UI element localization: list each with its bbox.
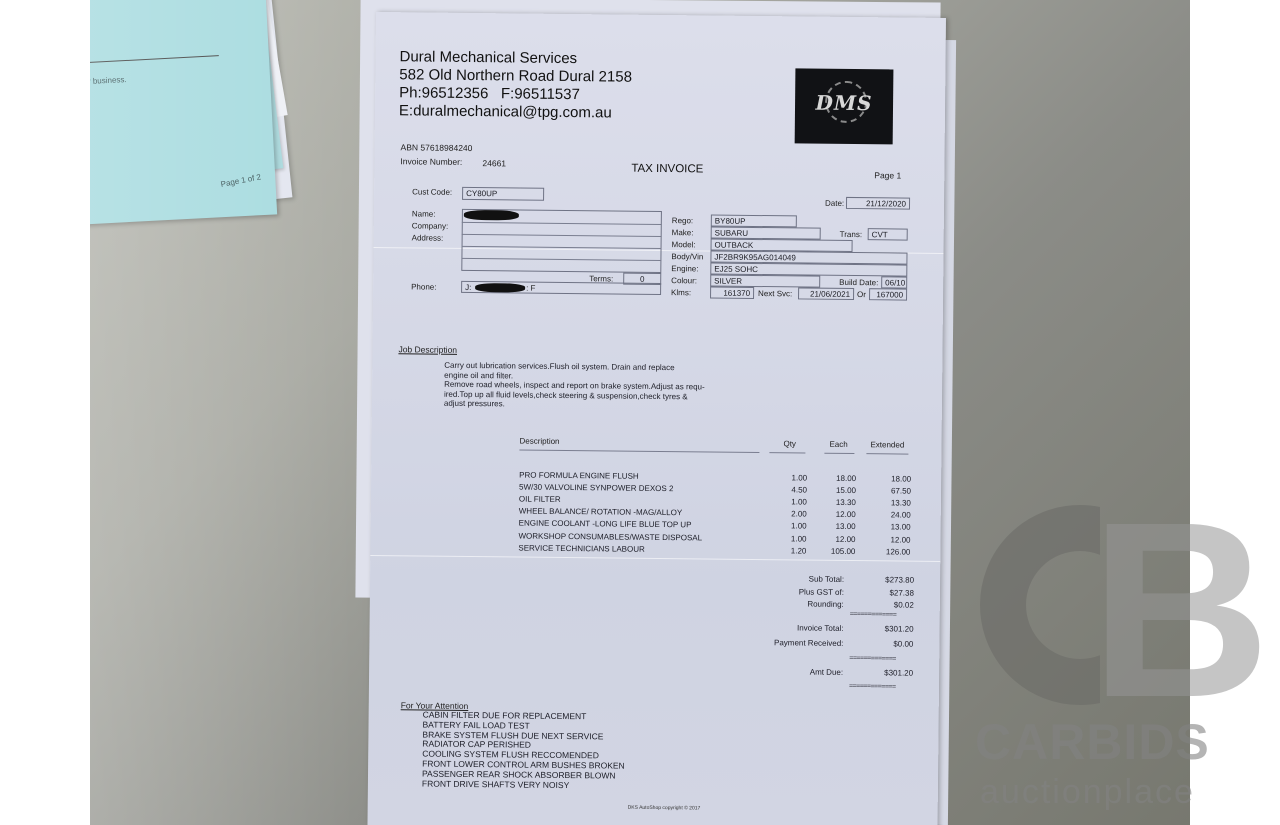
company-logo: DMS — [795, 68, 894, 144]
make-value: SUBARU — [711, 227, 821, 240]
separator: ============= — [850, 611, 897, 618]
item-each: 12.00 — [811, 510, 856, 519]
item-each: 15.00 — [811, 486, 856, 495]
item-each: 13.30 — [811, 498, 856, 507]
col-header-each: Each — [829, 440, 847, 449]
trans-label: Trans: — [840, 230, 862, 239]
date-label: Date: — [825, 199, 844, 208]
cust-code: CY80UP — [462, 187, 544, 201]
payment-received-label: Payment Received: — [737, 638, 843, 648]
item-qty: 1.00 — [760, 534, 806, 543]
job-description-text: Carry out lubrication services.Flush oil… — [444, 361, 705, 411]
separator: ============= — [849, 683, 896, 690]
phone-prefix: J: — [465, 283, 471, 292]
invoice-total-value: $301.20 — [858, 624, 914, 634]
page-number: Page 1 — [874, 170, 901, 180]
next-svc-date: 21/06/2021 — [798, 287, 854, 300]
redacted-phone — [475, 283, 525, 293]
logo-text: DMS — [795, 90, 893, 115]
gst-label: Plus GST of: — [758, 587, 844, 597]
build-date-label: Build Date: — [839, 278, 878, 287]
sub-total-label: Sub Total: — [758, 574, 844, 584]
item-description: SERVICE TECHNICIANS LABOUR — [518, 543, 758, 555]
item-description: WHEEL BALANCE/ ROTATION -MAG/ALLOY — [519, 507, 759, 519]
amt-due-label: Amt Due: — [757, 667, 843, 677]
item-qty: 1.00 — [761, 497, 807, 506]
item-each: 12.00 — [810, 534, 855, 543]
company-phone-fax: Ph:96512356 F:96511537 — [399, 84, 632, 104]
company-email: E:duralmechanical@tpg.com.au — [399, 102, 632, 122]
item-extended: 13.00 — [861, 522, 911, 532]
rego-value: BY80UP — [711, 215, 797, 228]
next-svc-klms: 167000 — [869, 288, 907, 300]
item-each: 13.00 — [811, 522, 856, 531]
item-qty: 1.20 — [760, 546, 806, 555]
engine-label: Engine: — [671, 264, 698, 273]
gst-value: $27.38 — [858, 588, 914, 598]
company-label: Company: — [412, 221, 449, 230]
or-label: Or — [857, 290, 866, 299]
vin-label: Body/Vin — [671, 252, 703, 261]
rounding-value: $0.02 — [858, 600, 914, 610]
klms-value: 161370 — [710, 287, 754, 299]
col-header-description: Description — [519, 437, 559, 446]
col-header-extended: Extended — [870, 440, 904, 449]
name-label: Name: — [412, 209, 436, 218]
trans-value: CVT — [868, 228, 908, 240]
phone-label: Phone: — [411, 282, 436, 291]
item-extended: 67.50 — [861, 486, 911, 496]
item-qty: 1.00 — [761, 473, 807, 482]
invoice-total-label: Invoice Total: — [758, 623, 844, 633]
item-extended: 13.30 — [861, 498, 911, 508]
item-extended: 126.00 — [860, 547, 910, 557]
invoice-photo: age 1 of 1 r business. Page 1 of 2 Dural… — [90, 0, 1190, 825]
model-label: Model: — [672, 240, 696, 249]
item-description: ENGINE COOLANT -LONG LIFE BLUE TOP UP — [519, 519, 759, 531]
item-each: 105.00 — [810, 546, 855, 555]
company-name: Dural Mechanical Services — [399, 48, 632, 68]
klms-label: Klms: — [671, 288, 691, 297]
build-date-value: 06/10 — [881, 276, 907, 288]
item-description: WORKSHOP CONSUMABLES/WASTE DISPOSAL — [518, 531, 758, 543]
amt-due-value: $301.20 — [857, 668, 913, 678]
attention-list: CABIN FILTER DUE FOR REPLACEMENTBATTERY … — [422, 711, 625, 791]
rego-label: Rego: — [672, 216, 693, 225]
item-description: OIL FILTER — [519, 495, 759, 507]
tax-invoice-sheet: Dural Mechanical Services 582 Old Northe… — [367, 12, 945, 825]
item-description: PRO FORMULA ENGINE FLUSH — [519, 471, 759, 483]
item-each: 18.00 — [811, 474, 856, 483]
item-qty: 2.00 — [761, 509, 807, 518]
item-extended: 18.00 — [861, 474, 911, 484]
separator: ============= — [849, 655, 896, 662]
make-label: Make: — [672, 228, 694, 237]
payment-received-value: $0.00 — [857, 639, 913, 649]
next-svc-label: Next Svc: — [758, 289, 792, 298]
rounding-label: Rounding: — [758, 599, 844, 609]
abn: ABN 57618984240 — [401, 142, 473, 153]
invoice-number-label: Invoice Number: — [400, 156, 462, 167]
item-description: 5W/30 VALVOLINE SYNPOWER DEXOS 2 — [519, 483, 759, 495]
sub-total-value: $273.80 — [858, 575, 914, 585]
job-description-heading: Job Description — [398, 344, 457, 355]
footer-copyright: DKS AutoShop copyright © 2017 — [628, 805, 701, 812]
item-qty: 4.50 — [761, 485, 807, 494]
invoice-number: 24661 — [482, 158, 506, 168]
company-address: 582 Old Northern Road Dural 2158 — [399, 66, 632, 86]
phone-suffix: : F — [526, 284, 535, 293]
col-header-qty: Qty — [783, 439, 796, 448]
company-header: Dural Mechanical Services 582 Old Northe… — [399, 48, 632, 122]
item-extended: 24.00 — [861, 510, 911, 520]
colour-label: Colour: — [671, 276, 697, 285]
item-extended: 12.00 — [860, 535, 910, 545]
document-title: TAX INVOICE — [631, 163, 703, 176]
cust-code-label: Cust Code: — [412, 187, 452, 196]
redacted-name — [464, 210, 519, 221]
item-qty: 1.00 — [761, 521, 807, 530]
address-label: Address: — [412, 233, 444, 242]
invoice-date: 21/12/2020 — [846, 197, 910, 210]
